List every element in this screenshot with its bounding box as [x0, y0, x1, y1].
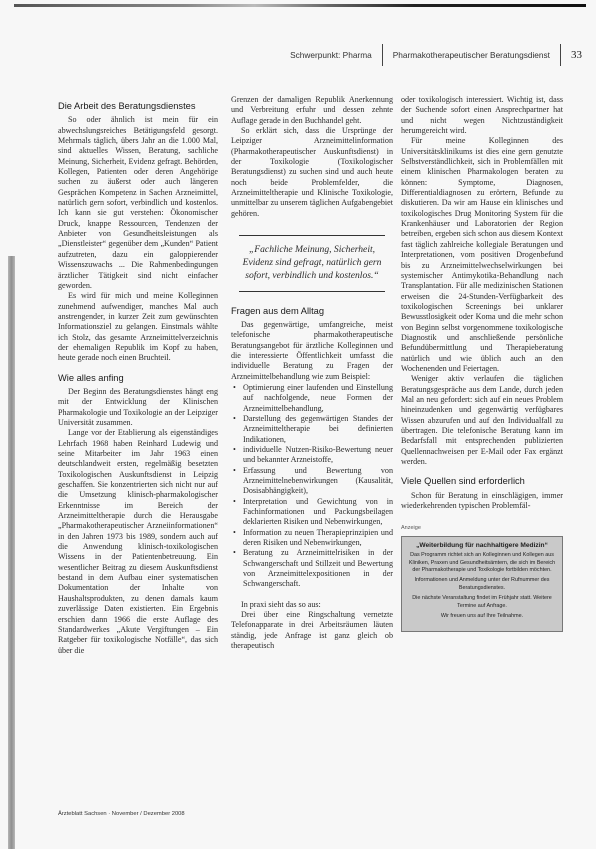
- list-item: Erfassung und Bewertung von Arzneimittel…: [243, 466, 393, 497]
- top-border-rule: [14, 4, 586, 7]
- paragraph: So erklärt sich, dass die Ursprünge der …: [231, 126, 393, 219]
- bullet-list: Optimierung einer laufenden und Einstell…: [231, 383, 393, 590]
- paragraph: Weniger aktiv verlaufen die täglichen Be…: [401, 374, 563, 467]
- section-label: Schwerpunkt: Pharma: [290, 50, 372, 60]
- running-head: Schwerpunkt: Pharma Pharmakotherapeutisc…: [290, 45, 582, 65]
- section-heading: Viele Quellen sind erforderlich: [401, 476, 563, 486]
- page-edge-bar: [8, 256, 15, 849]
- spacer: [231, 590, 393, 600]
- column-1: Die Arbeit des Beratungsdienstes So oder…: [58, 95, 218, 656]
- section-heading: Die Arbeit des Beratungsdienstes: [58, 101, 218, 111]
- column-3: oder toxikologisch interessiert. Wichtig…: [401, 95, 563, 632]
- section-heading: Wie alles anfing: [58, 373, 218, 383]
- paragraph: Das gegenwärtige, umfangreiche, meist te…: [231, 320, 393, 382]
- paragraph: Der Beginn des Beratungsdienstes hängt e…: [58, 387, 218, 428]
- paragraph: Lange vor der Etablierung als eigenständ…: [58, 428, 218, 656]
- ad-text: Wir freuen uns auf Ihre Teilnahme.: [408, 613, 556, 620]
- advertisement-box: „Weiterbildung für nachhaltigere Medizin…: [401, 536, 563, 633]
- section-heading: Fragen aus dem Alltag: [231, 306, 393, 316]
- ad-text: Die nächste Veranstaltung findet im Früh…: [408, 595, 556, 610]
- list-item: Interpretation und Gewichtung von in Fac…: [243, 497, 393, 528]
- list-item: Information zu neuen Therapieprinzipien …: [243, 528, 393, 549]
- paragraph: Grenzen der damaligen Republik Anerkennu…: [231, 95, 393, 126]
- paragraph: Schon für Beratung in einschlägigen, imm…: [401, 491, 563, 512]
- paragraph: So oder ähnlich ist mein für ein abwechs…: [58, 115, 218, 291]
- ad-title: „Weiterbildung für nachhaltigere Medizin…: [408, 542, 556, 549]
- paragraph: Für meine Kolleginnen des Universitätskl…: [401, 136, 563, 374]
- column-2: Grenzen der damaligen Republik Anerkennu…: [231, 95, 393, 652]
- paragraph: oder toxikologisch interessiert. Wichtig…: [401, 95, 563, 136]
- paragraph: Es wird für mich und meine Kolleginnen z…: [58, 291, 218, 363]
- header-divider: [560, 44, 561, 66]
- topic-label: Pharmakotherapeutischer Beratungsdienst: [393, 50, 550, 60]
- page-footer: Ärzteblatt Sachsen · November / Dezember…: [58, 811, 185, 817]
- list-item: individuelle Nutzen-Risiko-Bewertung neu…: [243, 445, 393, 466]
- pull-quote: „Fachliche Meinung, Sicherheit, Evidenz …: [239, 235, 385, 291]
- header-divider: [382, 44, 383, 66]
- list-item: Darstellung des gegenwärtigen Standes de…: [243, 414, 393, 445]
- page-number: 33: [571, 49, 582, 61]
- list-item: Beratung zu Arzneimittelrisiken in der S…: [243, 548, 393, 589]
- list-item: Optimierung einer laufenden und Einstell…: [243, 383, 393, 414]
- ad-label: Anzeige: [401, 523, 563, 533]
- paragraph: In praxi sieht das so aus:: [231, 600, 393, 610]
- ad-text: Das Programm richtet sich an Kolleginnen…: [408, 552, 556, 574]
- ad-text: Informationen und Anmeldung unter der Ru…: [408, 577, 556, 592]
- paragraph: Drei über eine Ringschaltung vernetzte T…: [231, 610, 393, 651]
